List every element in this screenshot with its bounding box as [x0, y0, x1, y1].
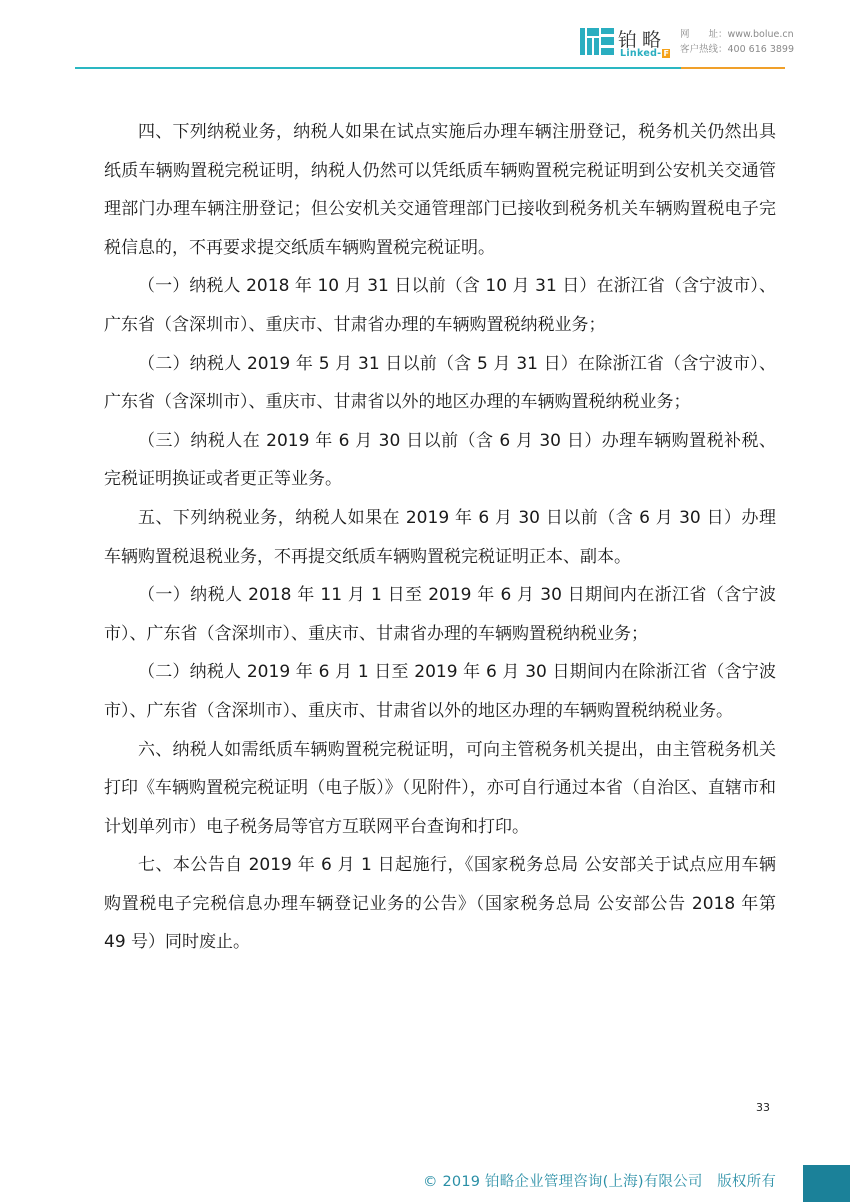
header-divider-teal [75, 67, 681, 69]
website-value: www.bolue.cn [728, 29, 794, 40]
hotline-value: 400 616 3899 [728, 44, 794, 55]
hotline-line: 客户热线：400 616 3899 [680, 42, 794, 57]
paragraph-item-4-2: （二）纳税人 2019 年 5 月 31 日以前（含 5 月 31 日）在除浙江… [104, 345, 776, 422]
document-body: 四、下列纳税业务，纳税人如果在试点实施后办理车辆注册登记，税务机关仍然出具纸质车… [104, 113, 776, 962]
linked-f-logo-icon [580, 28, 614, 55]
footer-copyright: © 2019 铂略企业管理咨询(上海)有限公司 版权所有 [423, 1170, 776, 1191]
paragraph-item-4-1: （一）纳税人 2018 年 10 月 31 日以前（含 10 月 31 日）在浙… [104, 267, 776, 344]
header-divider [75, 67, 785, 69]
page-number: 33 [756, 1101, 770, 1114]
paragraph-item-5-2: （二）纳税人 2019 年 6 月 1 日至 2019 年 6 月 30 日期间… [104, 653, 776, 730]
company-logo: 铂略 Linked-F [580, 25, 675, 61]
logo-f-box: F [662, 49, 670, 58]
page-header: 铂略 Linked-F 网 址：www.bolue.cn 客户热线：400 61… [0, 0, 850, 70]
paragraph-item-5: 五、下列纳税业务，纳税人如果在 2019 年 6 月 30 日以前（含 6 月 … [104, 499, 776, 576]
website-label: 网 址： [680, 29, 728, 40]
contact-info: 网 址：www.bolue.cn 客户热线：400 616 3899 [680, 27, 794, 57]
paragraph-item-4: 四、下列纳税业务，纳税人如果在试点实施后办理车辆注册登记，税务机关仍然出具纸质车… [104, 113, 776, 267]
paragraph-item-5-1: （一）纳税人 2018 年 11 月 1 日至 2019 年 6 月 30 日期… [104, 576, 776, 653]
paragraph-item-4-3: （三）纳税人在 2019 年 6 月 30 日以前（含 6 月 30 日）办理车… [104, 422, 776, 499]
footer-accent-block [803, 1165, 850, 1202]
logo-name-en-text: Linked- [620, 48, 661, 59]
website-line: 网 址：www.bolue.cn [680, 27, 794, 42]
header-divider-orange [681, 67, 785, 69]
paragraph-item-7: 七、本公告自 2019 年 6 月 1 日起施行，《国家税务总局 公安部关于试点… [104, 846, 776, 962]
hotline-label: 客户热线： [680, 44, 728, 55]
paragraph-item-6: 六、纳税人如需纸质车辆购置税完税证明，可向主管税务机关提出，由主管税务机关打印《… [104, 731, 776, 847]
logo-name-en: Linked-F [620, 48, 670, 59]
